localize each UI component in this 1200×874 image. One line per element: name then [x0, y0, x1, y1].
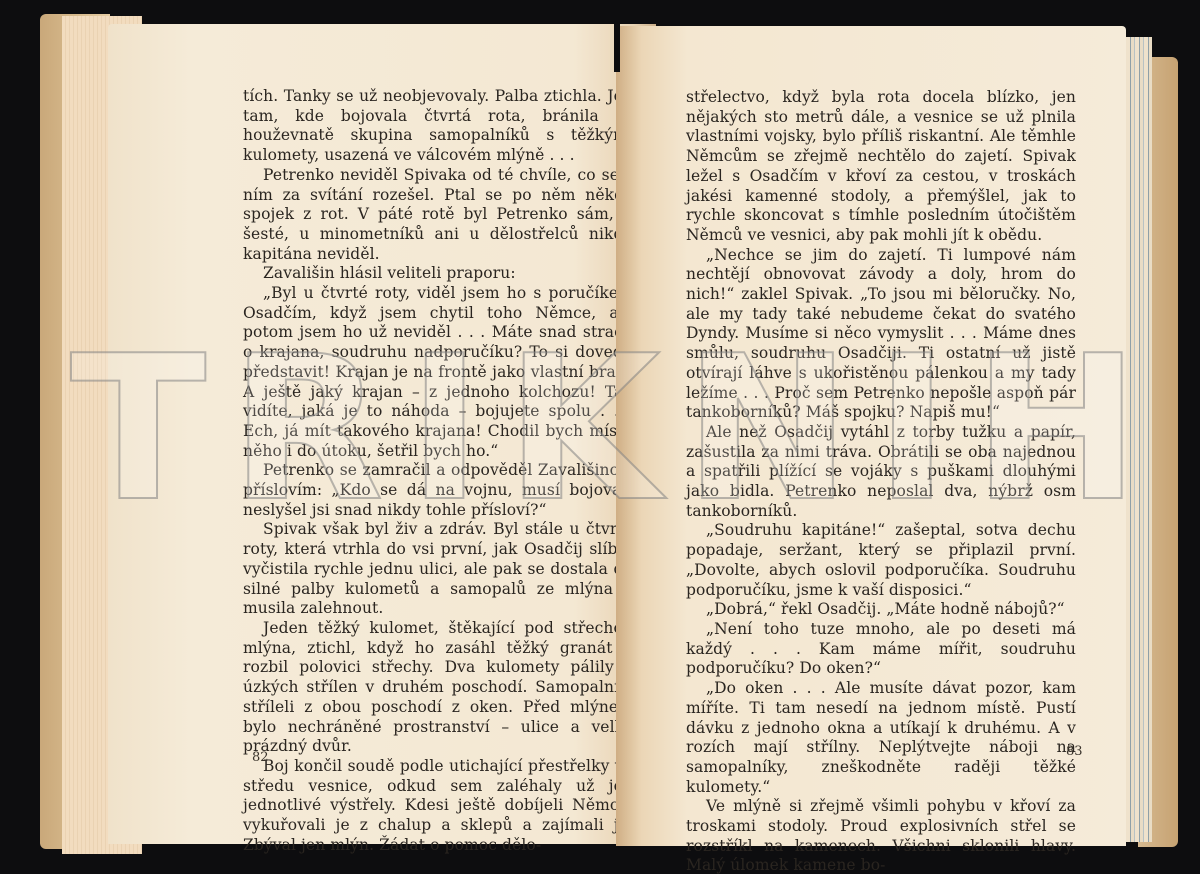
paragraph: Spivak však byl živ a zdráv. Byl stále u…	[243, 520, 633, 619]
paragraph: Boj končil soudě podle utichající přestř…	[243, 757, 633, 856]
paragraph: Petrenko se zamračil a odpověděl Zavališ…	[243, 461, 633, 520]
left-page: tích. Tanky se už neobjevovaly. Palba zt…	[108, 24, 656, 844]
page-number-right: 83	[1066, 744, 1083, 759]
left-page-text: tích. Tanky se už neobjevovaly. Palba zt…	[243, 87, 633, 855]
paragraph: tích. Tanky se už neobjevovaly. Palba zt…	[243, 87, 633, 166]
open-book: tích. Tanky se už neobjevovaly. Palba zt…	[40, 12, 1178, 860]
paragraph: Jeden těžký kulomet, štěkající pod střec…	[243, 619, 633, 757]
paragraph: „Není toho tuze mnoho, ale po deseti má …	[686, 620, 1076, 679]
paragraph: střelectvo, když byla rota docela blízko…	[686, 88, 1076, 246]
right-page: střelectvo, když byla rota docela blízko…	[616, 26, 1126, 846]
paragraph: „Dobrá,“ řekl Osadčij. „Máte hodně náboj…	[686, 600, 1076, 620]
paragraph: Zavališin hlásil veliteli praporu:	[243, 264, 633, 284]
paragraph: Ale než Osadčij vytáhl z torby tužku a p…	[686, 423, 1076, 522]
book-gutter	[614, 12, 620, 72]
paragraph: Petrenko neviděl Spivaka od té chvíle, c…	[243, 166, 633, 265]
page-number-left: 82	[252, 750, 269, 765]
right-page-text: střelectvo, když byla rota docela blízko…	[686, 88, 1076, 874]
paragraph: „Soudruhu kapitáne!“ zašeptal, sotva dec…	[686, 521, 1076, 600]
paragraph: „Nechce se jim do zajetí. Ti lumpové nám…	[686, 246, 1076, 423]
paragraph: Ve mlýně si zřejmě všimli pohybu v křoví…	[686, 797, 1076, 874]
paragraph: „Do oken . . . Ale musíte dávat pozor, k…	[686, 679, 1076, 797]
paragraph: „Byl u čtvrté roty, viděl jsem ho s poru…	[243, 284, 633, 461]
